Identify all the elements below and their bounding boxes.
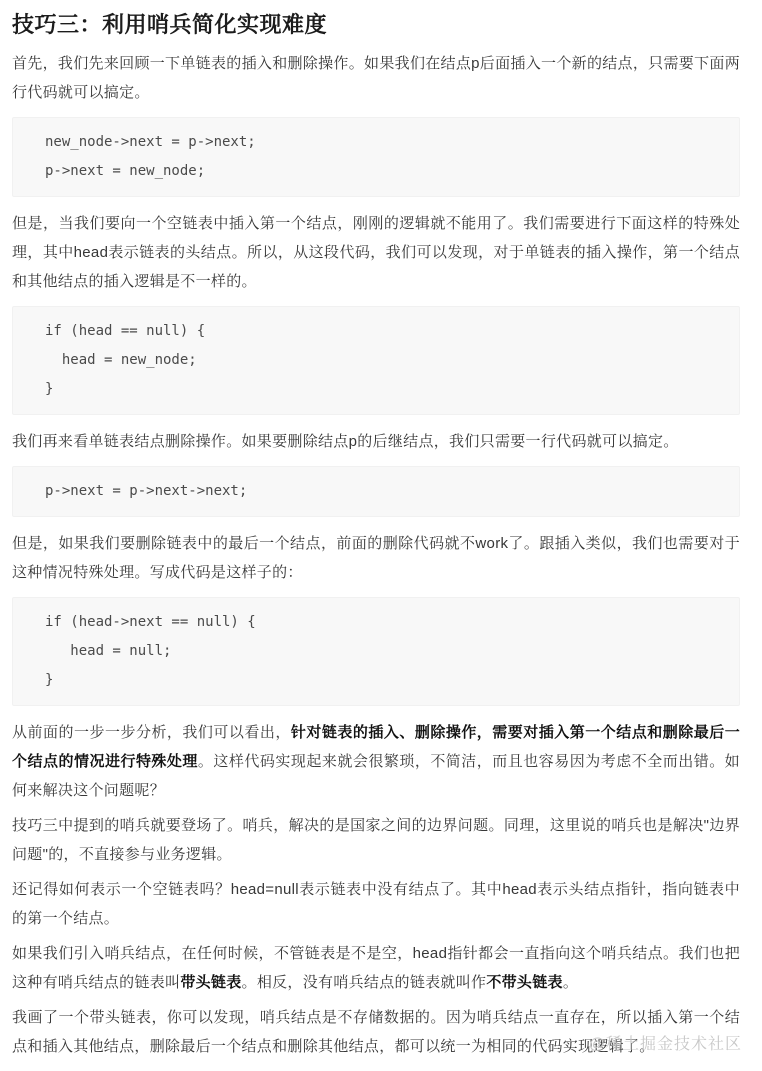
text-run: 还记得如何表示一个空链表吗？head=null表示链表中没有结点了。其中head… <box>12 881 740 927</box>
text-run: 。 <box>563 974 578 991</box>
text-run: 但是，当我们要向一个空链表中插入第一个结点，刚刚的逻辑就不能用了。我们需要进行下… <box>12 215 740 290</box>
text-run: 。相反，没有哨兵结点的链表就叫作 <box>242 974 487 991</box>
paragraph: 从前面的一步一步分析，我们可以看出，针对链表的插入、删除操作，需要对插入第一个结… <box>12 718 740 805</box>
text-run: 我们再来看单链表结点删除操作。如果要删除结点p的后继结点，我们只需要一行代码就可… <box>12 433 679 450</box>
paragraph: 但是，如果我们要删除链表中的最后一个结点，前面的删除代码就不work了。跟插入类… <box>12 529 740 587</box>
paragraph: 技巧三中提到的哨兵就要登场了。哨兵，解决的是国家之间的边界问题。同理，这里说的哨… <box>12 811 740 869</box>
article-body: 首先，我们先来回顾一下单链表的插入和删除操作。如果我们在结点p后面插入一个新的结… <box>12 49 740 1061</box>
text-run: 技巧三中提到的哨兵就要登场了。哨兵，解决的是国家之间的边界问题。同理，这里说的哨… <box>12 817 740 863</box>
paragraph: 我们再来看单链表结点删除操作。如果要删除结点p的后继结点，我们只需要一行代码就可… <box>12 427 740 456</box>
paragraph: 首先，我们先来回顾一下单链表的插入和删除操作。如果我们在结点p后面插入一个新的结… <box>12 49 740 107</box>
paragraph: 还记得如何表示一个空链表吗？head=null表示链表中没有结点了。其中head… <box>12 875 740 933</box>
code-block: if (head->next == null) { head = null; } <box>12 597 740 706</box>
code-block: new_node->next = p->next; p->next = new_… <box>12 117 740 197</box>
code-block: p->next = p->next->next; <box>12 466 740 517</box>
bold-text-run: 不带头链表 <box>486 974 563 991</box>
watermark: @稀土掘金技术社区 <box>589 1031 742 1054</box>
code-block: if (head == null) { head = new_node; } <box>12 306 740 415</box>
text-run: 从前面的一步一步分析，我们可以看出， <box>12 724 291 741</box>
text-run: 首先，我们先来回顾一下单链表的插入和删除操作。如果我们在结点p后面插入一个新的结… <box>12 55 740 101</box>
paragraph: 但是，当我们要向一个空链表中插入第一个结点，刚刚的逻辑就不能用了。我们需要进行下… <box>12 209 740 296</box>
article-title: 技巧三：利用哨兵简化实现难度 <box>12 10 740 40</box>
paragraph: 如果我们引入哨兵结点，在任何时候，不管链表是不是空，head指针都会一直指向这个… <box>12 939 740 997</box>
bold-text-run: 带头链表 <box>180 974 241 991</box>
text-run: 但是，如果我们要删除链表中的最后一个结点，前面的删除代码就不work了。跟插入类… <box>12 535 740 581</box>
article-page: 技巧三：利用哨兵简化实现难度 首先，我们先来回顾一下单链表的插入和删除操作。如果… <box>0 0 762 1071</box>
